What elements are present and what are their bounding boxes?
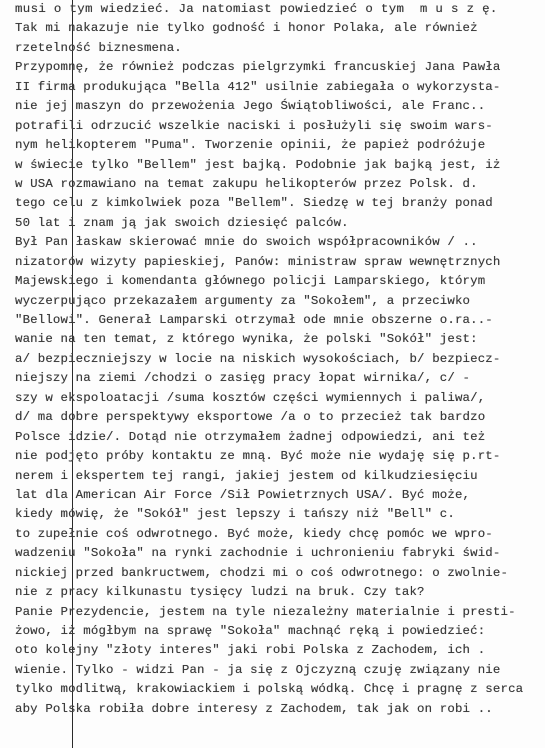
typewritten-page: musi o tym wiedzieć. Ja natomiast powied… (0, 0, 545, 748)
text-line: wienie. Tylko - widzi Pan - ja się z Ojc… (15, 661, 545, 680)
letter-body: musi o tym wiedzieć. Ja natomiast powied… (15, 0, 545, 719)
text-line: a/ bezpieczniejszy w locie na niskich wy… (15, 350, 545, 369)
text-line: 50 lat i znam ją jak swoich dziesięć pal… (15, 214, 545, 233)
text-line: szy w ekspoloatacji /suma kosztów części… (15, 389, 545, 408)
text-line: żowo, iż mógłbym na sprawę "Sokoła" mach… (15, 622, 545, 641)
text-line: Tak mi nakazuje nie tylko godność i hono… (15, 19, 545, 38)
text-line: tego celu z kimkolwiek poza "Bellem". Si… (15, 194, 545, 213)
text-line: Był Pan łaskaw skierować mnie do swoich … (15, 233, 545, 252)
text-line: Polsce idzie/. Dotąd nie otrzymałem żadn… (15, 428, 545, 447)
text-line: d/ ma dobre perspektywy eksportowe /a o … (15, 408, 545, 427)
text-line: wadzeniu "Sokoła" na rynki zachodnie i u… (15, 544, 545, 563)
text-line: w świecie tylko "Bellem" jest bajką. Pod… (15, 156, 545, 175)
text-line: aby Polska robiła dobre interesy z Zacho… (15, 700, 545, 719)
text-line: "Bellowi". Generał Lamparski otrzymał od… (15, 311, 545, 330)
text-line: to zupełnie coś odwrotnego. Być może, ki… (15, 525, 545, 544)
text-line: nie podjęto próby kontaktu ze mną. Być m… (15, 447, 545, 466)
text-line: wyczerpująco przekazałem argumenty za "S… (15, 292, 545, 311)
text-line: nie jej maszyn do przewożenia Jego Świąt… (15, 97, 545, 116)
text-line: II firma produkująca "Bella 412" usilnie… (15, 78, 545, 97)
text-line: Przypomnę, że również podczas pielgrzymk… (15, 58, 545, 77)
text-line: kiedy mówię, że "Sokół" jest lepszy i ta… (15, 505, 545, 524)
text-line: wanie na ten temat, z którego wynika, że… (15, 330, 545, 349)
text-line: nie z pracy kilkunastu tysięcy ludzi na … (15, 583, 545, 602)
text-line: nerem i ekspertem tej rangi, jakiej jest… (15, 467, 545, 486)
text-line: Panie Prezydencie, jestem na tyle niezal… (15, 603, 545, 622)
text-line: nizatorów wizyty papieskiej, Panów: mini… (15, 253, 545, 272)
text-line: niejszy na ziemi /chodzi o zasięg pracy … (15, 369, 545, 388)
text-line: nickiej przed bankructwem, chodzi mi o c… (15, 564, 545, 583)
text-line: Majewskiego i komendanta głównego policj… (15, 272, 545, 291)
text-line: musi o tym wiedzieć. Ja natomiast powied… (15, 0, 545, 19)
text-line: tylko modlitwą, krakowiackiem i polską w… (15, 680, 545, 699)
text-line: w USA rozmawiano na temat zakupu helikop… (15, 175, 545, 194)
text-line: oto kolejny "złoty interes" jaki robi Po… (15, 641, 545, 660)
text-line: potrafili odrzucić wszelkie naciski i po… (15, 117, 545, 136)
text-line: lat dla American Air Force /Sił Powietrz… (15, 486, 545, 505)
text-line: nym helikopterem "Puma". Tworzenie opini… (15, 136, 545, 155)
text-line: rzetelność biznesmena. (15, 39, 545, 58)
